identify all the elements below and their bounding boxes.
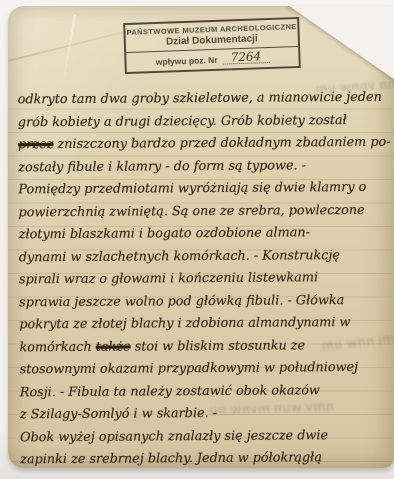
manuscript-text: odkryto tam dwa groby szkieletowe, a mia… (18, 87, 394, 468)
paper-crease (62, 14, 76, 83)
manuscript-line: Pomiędzy przedmiotami wyróżniają się dwi… (18, 177, 391, 202)
manuscript-line: spirali wraz o głowami i kończeniu liste… (19, 267, 392, 292)
manuscript-line: powierzchnią zwiniętą. Są one ze srebra,… (18, 199, 391, 224)
struck-word: także (96, 339, 131, 354)
manuscript-line: dynami w szlachetnych komórkach. - Konst… (19, 244, 392, 269)
manuscript-line: z Szilagy-Somlyó i w skarbie. - (20, 402, 393, 427)
manuscript-line: odkryto tam dwa groby szkieletowe, a mia… (18, 87, 391, 112)
struck-word: przez (18, 137, 53, 152)
manuscript-line: grób kobiety a drugi dziecięcy. Grób kob… (18, 109, 391, 134)
manuscript-line: pokryta ze złotej blachy i zdobiona alma… (19, 312, 392, 337)
manuscript-line: zostały fibule i klamry - do form są typ… (18, 154, 391, 179)
stamp-entry-label: wpływu poz. Nr (156, 55, 218, 67)
manuscript-paper: mn vnnw um nmv wun mvnw nu vm nnw um PAŃ… (8, 6, 394, 468)
manuscript-line: złotymi blaszkami i bogato ozdobione alm… (19, 222, 392, 247)
manuscript-line: stosownymi okazami przypadkowymi w połud… (20, 357, 393, 382)
manuscript-line: Rosji. - Fibula ta należy zostawić obok … (20, 379, 393, 404)
manuscript-line: przez zniszczony bardzo przed dokładnym … (18, 132, 391, 157)
manuscript-line: zapinki ze srebrnej blachy. Jedna w póło… (20, 447, 393, 468)
stamp-entry-number: 7264 (222, 51, 269, 65)
museum-accession-stamp: PAŃSTWOWE MUZEUM ARCHEOLOGICZNE Dział Do… (123, 17, 301, 74)
manuscript-line: sprawia jeszcze wolno pod główką fibuli.… (19, 289, 392, 314)
manuscript-line: Obok wyżej opisanych znalazły się jeszcz… (20, 424, 393, 449)
manuscript-line: komórkach także stoi w bliskim stosunku … (19, 334, 392, 359)
scanned-document: mn vnnw um nmv wun mvnw nu vm nnw um PAŃ… (0, 0, 394, 479)
